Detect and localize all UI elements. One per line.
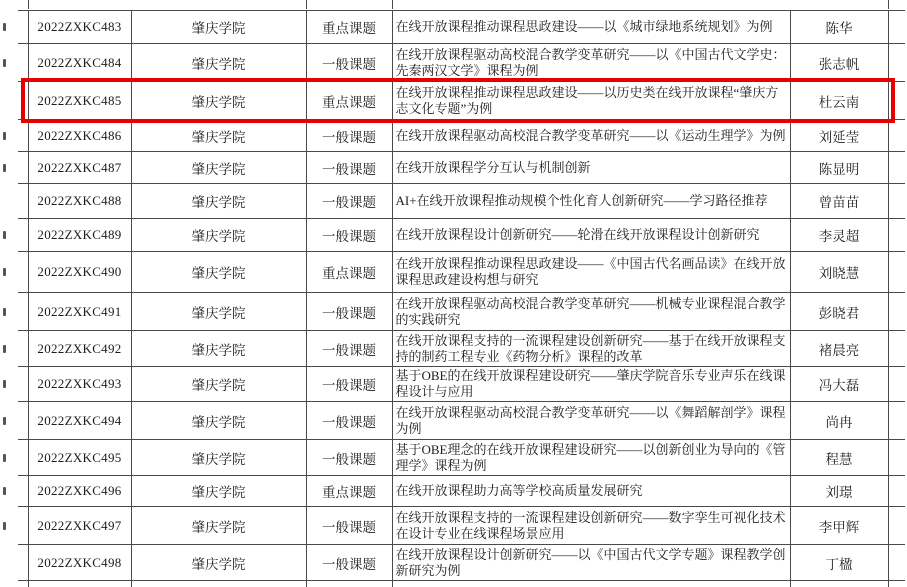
cropped-serial-cell	[18, 219, 28, 252]
table-row: 2022ZXKC485 肇庆学院 重点课题 在线开放课程推动课程思政建设——以历…	[18, 82, 905, 120]
leader-name-cell: 尚冉	[790, 402, 888, 440]
project-title-cell: 在线开放课程设计创新研究——以《中国古代文学专题》课程教学创新研究为例	[392, 545, 790, 581]
institution-cell: 肇庆学院	[131, 152, 306, 184]
cropped-gridline-stub	[392, 581, 393, 587]
leader-name-cell: 张志帆	[790, 44, 888, 82]
project-title-cell: 基于OBE的在线开放课程建设研究——肇庆学院音乐专业声乐在线课程设计与应用	[392, 367, 790, 402]
cropped-digit-fragment	[3, 454, 6, 462]
leader-name-cell: 褚晨亮	[790, 331, 888, 367]
cropped-right-cell	[888, 184, 905, 219]
institution-cell: 肇庆学院	[131, 120, 306, 152]
cropped-gridline-stub	[888, 581, 889, 587]
category-cell: 一般课题	[306, 293, 392, 331]
cropped-digit-fragment	[3, 268, 6, 276]
cropped-gridline-stub	[392, 0, 393, 9]
institution-cell: 肇庆学院	[131, 331, 306, 367]
institution-cell: 肇庆学院	[131, 440, 306, 476]
table-row: 2022ZXKC494 肇庆学院 一般课题 在线开放课程驱动高校混合教学变革研究…	[18, 402, 905, 440]
institution-cell: 肇庆学院	[131, 184, 306, 219]
project-code-cell: 2022ZXKC486	[28, 120, 131, 152]
cropped-serial-cell	[18, 507, 28, 545]
table-row: 2022ZXKC498 肇庆学院 一般课题 在线开放课程设计创新研究——以《中国…	[18, 545, 905, 581]
project-code-cell: 2022ZXKC491	[28, 293, 131, 331]
cropped-gridline-stub	[28, 0, 29, 9]
leader-name-cell: 曾苗苗	[790, 184, 888, 219]
leader-name-cell: 丁楹	[790, 545, 888, 581]
category-cell: 一般课题	[306, 44, 392, 82]
cropped-serial-cell	[18, 252, 28, 293]
leader-name-cell: 陈华	[790, 11, 888, 44]
project-title-cell: 在线开放课程驱动高校混合教学变革研究——以《舞蹈解剖学》课程为例	[392, 402, 790, 440]
institution-cell: 肇庆学院	[131, 476, 306, 507]
leader-name-cell: 刘璟	[790, 476, 888, 507]
cropped-serial-cell	[18, 120, 28, 152]
cropped-right-cell	[888, 476, 905, 507]
institution-cell: 肇庆学院	[131, 402, 306, 440]
category-cell: 一般课题	[306, 440, 392, 476]
cropped-right-cell	[888, 331, 905, 367]
category-cell: 重点课题	[306, 82, 392, 120]
project-title-cell: 在线开放课程支持的一流课程建设创新研究——数字孪生可视化技术在设计专业在线课程场…	[392, 507, 790, 545]
cropped-digit-fragment	[3, 308, 6, 316]
project-title-cell: 基于OBE理念的在线开放课程建设研究——以创新创业为导向的《管理学》课程为例	[392, 440, 790, 476]
category-cell: 重点课题	[306, 476, 392, 507]
project-code-cell: 2022ZXKC492	[28, 331, 131, 367]
cropped-serial-cell	[18, 11, 28, 44]
category-cell: 一般课题	[306, 184, 392, 219]
table-row: 2022ZXKC484 肇庆学院 一般课题 在线开放课程驱动高校混合教学变革研究…	[18, 44, 905, 82]
cropped-gridline-stub	[28, 581, 29, 587]
category-cell: 一般课题	[306, 545, 392, 581]
institution-cell: 肇庆学院	[131, 219, 306, 252]
table-row: 2022ZXKC496 肇庆学院 重点课题 在线开放课程助力高等学校高质量发展研…	[18, 476, 905, 507]
table-row: 2022ZXKC487 肇庆学院 一般课题 在线开放课程学分互认与机制创新 陈显…	[18, 152, 905, 184]
leader-name-cell: 刘晓慧	[790, 252, 888, 293]
project-code-cell: 2022ZXKC497	[28, 507, 131, 545]
institution-cell: 肇庆学院	[131, 252, 306, 293]
cropped-right-cell	[888, 545, 905, 581]
cropped-digit-fragment	[3, 231, 6, 239]
category-cell: 一般课题	[306, 402, 392, 440]
projects-table-body: 2022ZXKC483 肇庆学院 重点课题 在线开放课程推动课程思政建设——以《…	[18, 11, 905, 581]
category-cell: 一般课题	[306, 219, 392, 252]
cropped-serial-cell	[18, 545, 28, 581]
cropped-right-cell	[888, 293, 905, 331]
leader-name-cell: 程慧	[790, 440, 888, 476]
table-row: 2022ZXKC495 肇庆学院 一般课题 基于OBE理念的在线开放课程建设研究…	[18, 440, 905, 476]
cropped-serial-cell	[18, 293, 28, 331]
institution-cell: 肇庆学院	[131, 545, 306, 581]
leader-name-cell: 李甲辉	[790, 507, 888, 545]
cropped-digit-fragment	[3, 23, 6, 31]
project-code-cell: 2022ZXKC495	[28, 440, 131, 476]
project-code-cell: 2022ZXKC487	[28, 152, 131, 184]
cropped-right-cell	[888, 402, 905, 440]
project-title-cell: 在线开放课程设计创新研究——轮滑在线开放课程设计创新研究	[392, 219, 790, 252]
cropped-gridline-stub	[888, 0, 889, 9]
leader-name-cell: 彭晓君	[790, 293, 888, 331]
leader-name-cell: 陈显明	[790, 152, 888, 184]
project-title-cell: 在线开放课程推动课程思政建设——以《城市绿地系统规划》为例	[392, 11, 790, 44]
cropped-digit-fragment	[3, 59, 6, 67]
table-row: 2022ZXKC483 肇庆学院 重点课题 在线开放课程推动课程思政建设——以《…	[18, 11, 905, 44]
cropped-digit-fragment	[3, 487, 6, 495]
project-title-cell: 在线开放课程驱动高校混合教学变革研究——以《运动生理学》为例	[392, 120, 790, 152]
category-cell: 一般课题	[306, 331, 392, 367]
table-row: 2022ZXKC490 肇庆学院 重点课题 在线开放课程推动课程思政建设——《中…	[18, 252, 905, 293]
table-row: 2022ZXKC486 肇庆学院 一般课题 在线开放课程驱动高校混合教学变革研究…	[18, 120, 905, 152]
cropped-right-cell	[888, 82, 905, 120]
cropped-right-cell	[888, 11, 905, 44]
cropped-right-cell	[888, 219, 905, 252]
leader-name-cell: 刘延莹	[790, 120, 888, 152]
cropped-digit-fragment	[3, 345, 6, 353]
category-cell: 重点课题	[306, 11, 392, 44]
project-code-cell: 2022ZXKC490	[28, 252, 131, 293]
project-title-cell: 在线开放课程推动课程思政建设——《中国古代名画品读》在线开放课程思政建设构想与研…	[392, 252, 790, 293]
category-cell: 一般课题	[306, 152, 392, 184]
cropped-serial-cell	[18, 331, 28, 367]
table-row: 2022ZXKC492 肇庆学院 一般课题 在线开放课程支持的一流课程建设创新研…	[18, 331, 905, 367]
cropped-serial-cell	[18, 476, 28, 507]
cropped-gridline-stub	[790, 581, 791, 587]
project-title-cell: 在线开放课程驱动高校混合教学变革研究——机械专业课程混合教学的实践研究	[392, 293, 790, 331]
projects-table: 2022ZXKC483 肇庆学院 重点课题 在线开放课程推动课程思政建设——以《…	[18, 10, 905, 581]
project-title-cell: 在线开放课程驱动高校混合教学变革研究——以《中国古代文学史：先秦两汉文学》课程为…	[392, 44, 790, 82]
institution-cell: 肇庆学院	[131, 44, 306, 82]
cropped-right-cell	[888, 120, 905, 152]
project-title-cell: 在线开放课程推动课程思政建设——以历史类在线开放课程“肇庆方志文化专题”为例	[392, 82, 790, 120]
cropped-right-cell	[888, 152, 905, 184]
project-code-cell: 2022ZXKC498	[28, 545, 131, 581]
cropped-right-cell	[888, 507, 905, 545]
project-code-cell: 2022ZXKC493	[28, 367, 131, 402]
table-row: 2022ZXKC497 肇庆学院 一般课题 在线开放课程支持的一流课程建设创新研…	[18, 507, 905, 545]
cropped-serial-cell	[18, 440, 28, 476]
table-row: 2022ZXKC489 肇庆学院 一般课题 在线开放课程设计创新研究——轮滑在线…	[18, 219, 905, 252]
institution-cell: 肇庆学院	[131, 367, 306, 402]
cropped-right-cell	[888, 252, 905, 293]
project-code-cell: 2022ZXKC483	[28, 11, 131, 44]
cropped-digit-fragment	[3, 164, 6, 172]
leader-name-cell: 杜云南	[790, 82, 888, 120]
institution-cell: 肇庆学院	[131, 507, 306, 545]
category-cell: 一般课题	[306, 367, 392, 402]
project-title-cell: AI+在线开放课程推动规模个性化育人创新研究——学习路径推荐	[392, 184, 790, 219]
cropped-gridline-stub	[306, 581, 307, 587]
project-title-cell: 在线开放课程学分互认与机制创新	[392, 152, 790, 184]
cropped-gridline-stub	[306, 0, 307, 9]
category-cell: 一般课题	[306, 507, 392, 545]
category-cell: 一般课题	[306, 120, 392, 152]
cropped-serial-cell	[18, 152, 28, 184]
cropped-serial-cell	[18, 44, 28, 82]
leader-name-cell: 李灵超	[790, 219, 888, 252]
project-code-cell: 2022ZXKC484	[28, 44, 131, 82]
cropped-gridline-stub	[131, 581, 132, 587]
cropped-right-cell	[888, 44, 905, 82]
cropped-digit-fragment	[3, 417, 6, 425]
cropped-serial-cell	[18, 402, 28, 440]
institution-cell: 肇庆学院	[131, 293, 306, 331]
table-row: 2022ZXKC488 肇庆学院 一般课题 AI+在线开放课程推动规模个性化育人…	[18, 184, 905, 219]
project-code-cell: 2022ZXKC489	[28, 219, 131, 252]
cropped-serial-cell	[18, 82, 28, 120]
cropped-right-cell	[888, 367, 905, 402]
cropped-digit-fragment	[3, 380, 6, 388]
document-page: 2022ZXKC483 肇庆学院 重点课题 在线开放课程推动课程思政建设——以《…	[0, 0, 907, 587]
cropped-digit-fragment	[3, 132, 6, 140]
project-title-cell: 在线开放课程助力高等学校高质量发展研究	[392, 476, 790, 507]
category-cell: 重点课题	[306, 252, 392, 293]
institution-cell: 肇庆学院	[131, 11, 306, 44]
table-row: 2022ZXKC493 肇庆学院 一般课题 基于OBE的在线开放课程建设研究——…	[18, 367, 905, 402]
cropped-right-cell	[888, 440, 905, 476]
cropped-serial-cell	[18, 367, 28, 402]
leader-name-cell: 冯大磊	[790, 367, 888, 402]
cropped-serial-cell	[18, 184, 28, 219]
project-code-cell: 2022ZXKC494	[28, 402, 131, 440]
project-code-cell: 2022ZXKC485	[28, 82, 131, 120]
cropped-digit-fragment	[3, 522, 6, 530]
project-code-cell: 2022ZXKC488	[28, 184, 131, 219]
project-code-cell: 2022ZXKC496	[28, 476, 131, 507]
table-row: 2022ZXKC491 肇庆学院 一般课题 在线开放课程驱动高校混合教学变革研究…	[18, 293, 905, 331]
project-title-cell: 在线开放课程支持的一流课程建设创新研究——基于在线开放课程支持的制药工程专业《药…	[392, 331, 790, 367]
institution-cell: 肇庆学院	[131, 82, 306, 120]
